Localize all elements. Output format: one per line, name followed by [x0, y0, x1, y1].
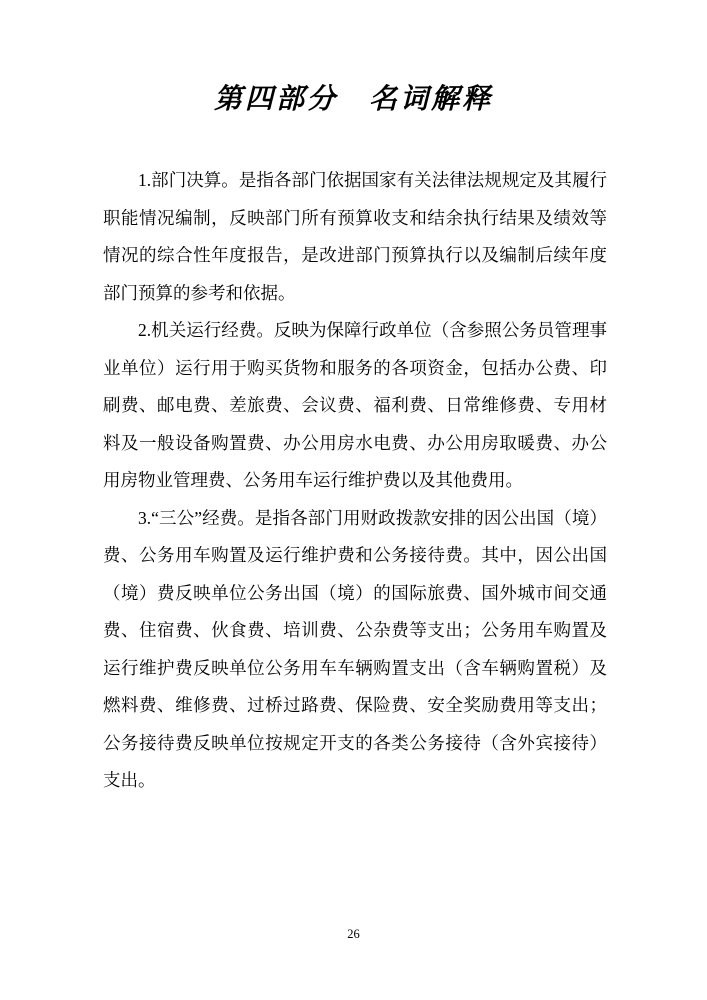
paragraph-agency-operating-funds: 2.机关运行经费。反映为保障行政单位（含参照公务员管理事业单位）运行用于购买货物…: [103, 312, 607, 500]
page-title: 第四部分 名词解释: [0, 0, 707, 118]
document-page: 第四部分 名词解释 1.部门决算。是指各部门依据国家有关法律法规规定及其履行职能…: [0, 0, 707, 1000]
paragraph-three-public-expenses: 3.“三公”经费。是指各部门用财政拨款安排的因公出国（境）费、公务用车购置及运行…: [103, 500, 607, 800]
page-number: 26: [0, 927, 707, 942]
paragraph-department-final-accounts: 1.部门决算。是指各部门依据国家有关法律法规规定及其履行职能情况编制，反映部门所…: [103, 162, 607, 312]
document-body: 1.部门决算。是指各部门依据国家有关法律法规规定及其履行职能情况编制，反映部门所…: [103, 162, 607, 800]
